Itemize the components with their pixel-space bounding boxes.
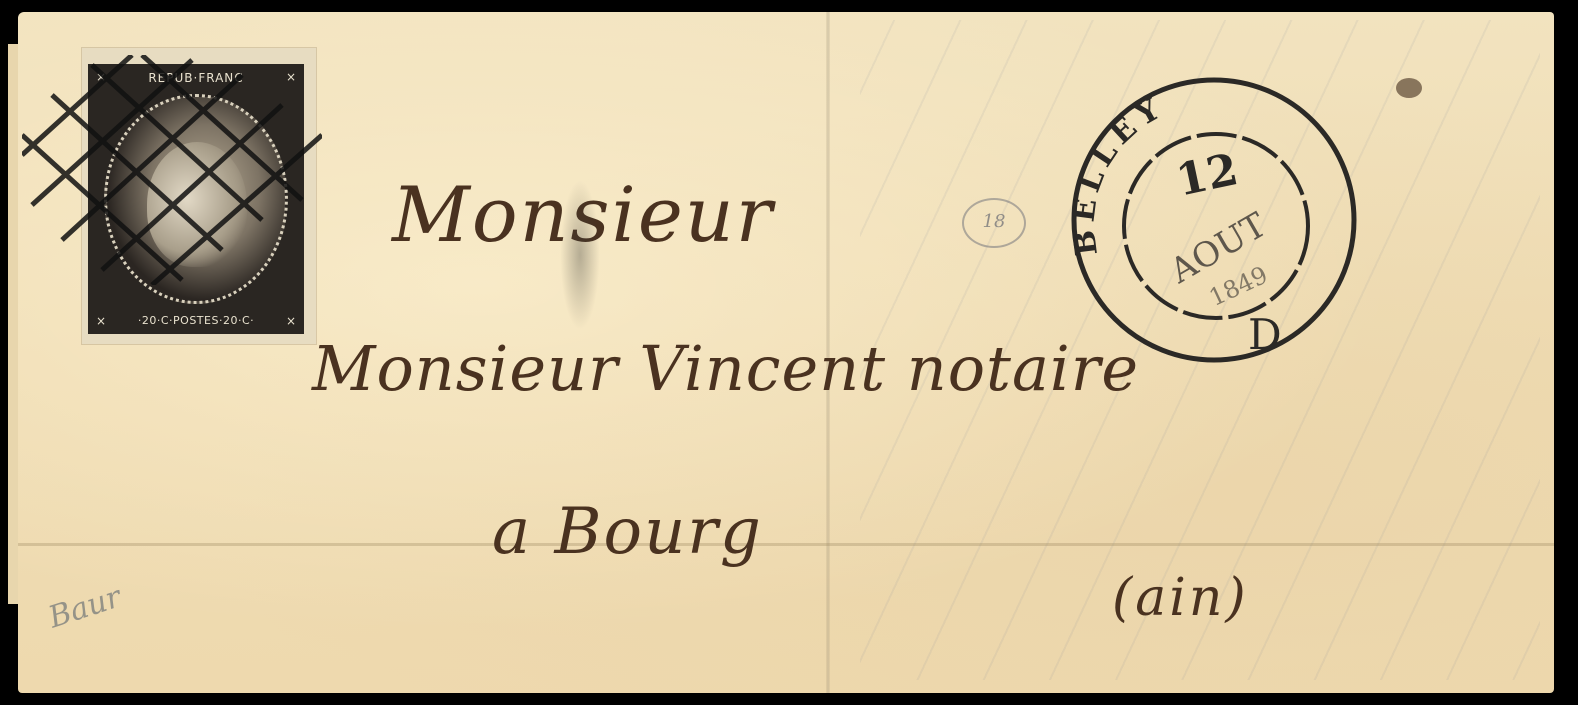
postmark-box-letter: D <box>1248 310 1282 359</box>
stamp-corner-cross-icon: × <box>92 312 110 330</box>
ink-smudge <box>560 180 600 330</box>
stamp-frame: × × × × REPUB·FRANC ·20·C·POSTES·20·C· <box>88 64 304 334</box>
stamp-medallion <box>104 94 288 304</box>
postmark-day: 12 <box>1172 144 1242 207</box>
stamp-corner-cross-icon: × <box>282 68 300 86</box>
horizontal-fold <box>18 543 1554 546</box>
postage-stamp: × × × × REPUB·FRANC ·20·C·POSTES·20·C· <box>82 48 316 344</box>
pencil-circled-number: 18 <box>962 198 1026 248</box>
svg-text:BELLEY: BELLEY <box>1068 89 1171 257</box>
circular-datestamp: BELLEY 12 AOUT 1849 D <box>1068 74 1360 366</box>
postmark-town: BELLEY <box>1068 89 1171 257</box>
address-town: a Bourg <box>492 495 763 569</box>
stamp-bottom-legend: ·20·C·POSTES·20·C· <box>110 312 282 330</box>
stamp-top-legend: REPUB·FRANC <box>118 69 274 87</box>
stamp-corner-cross-icon: × <box>92 68 110 86</box>
address-recipient: Monsieur Vincent notaire <box>312 332 1139 405</box>
stamp-corner-cross-icon: × <box>282 312 300 330</box>
address-department: (ain) <box>1112 568 1249 628</box>
ceres-portrait <box>147 142 247 267</box>
ink-blot <box>1396 78 1422 98</box>
